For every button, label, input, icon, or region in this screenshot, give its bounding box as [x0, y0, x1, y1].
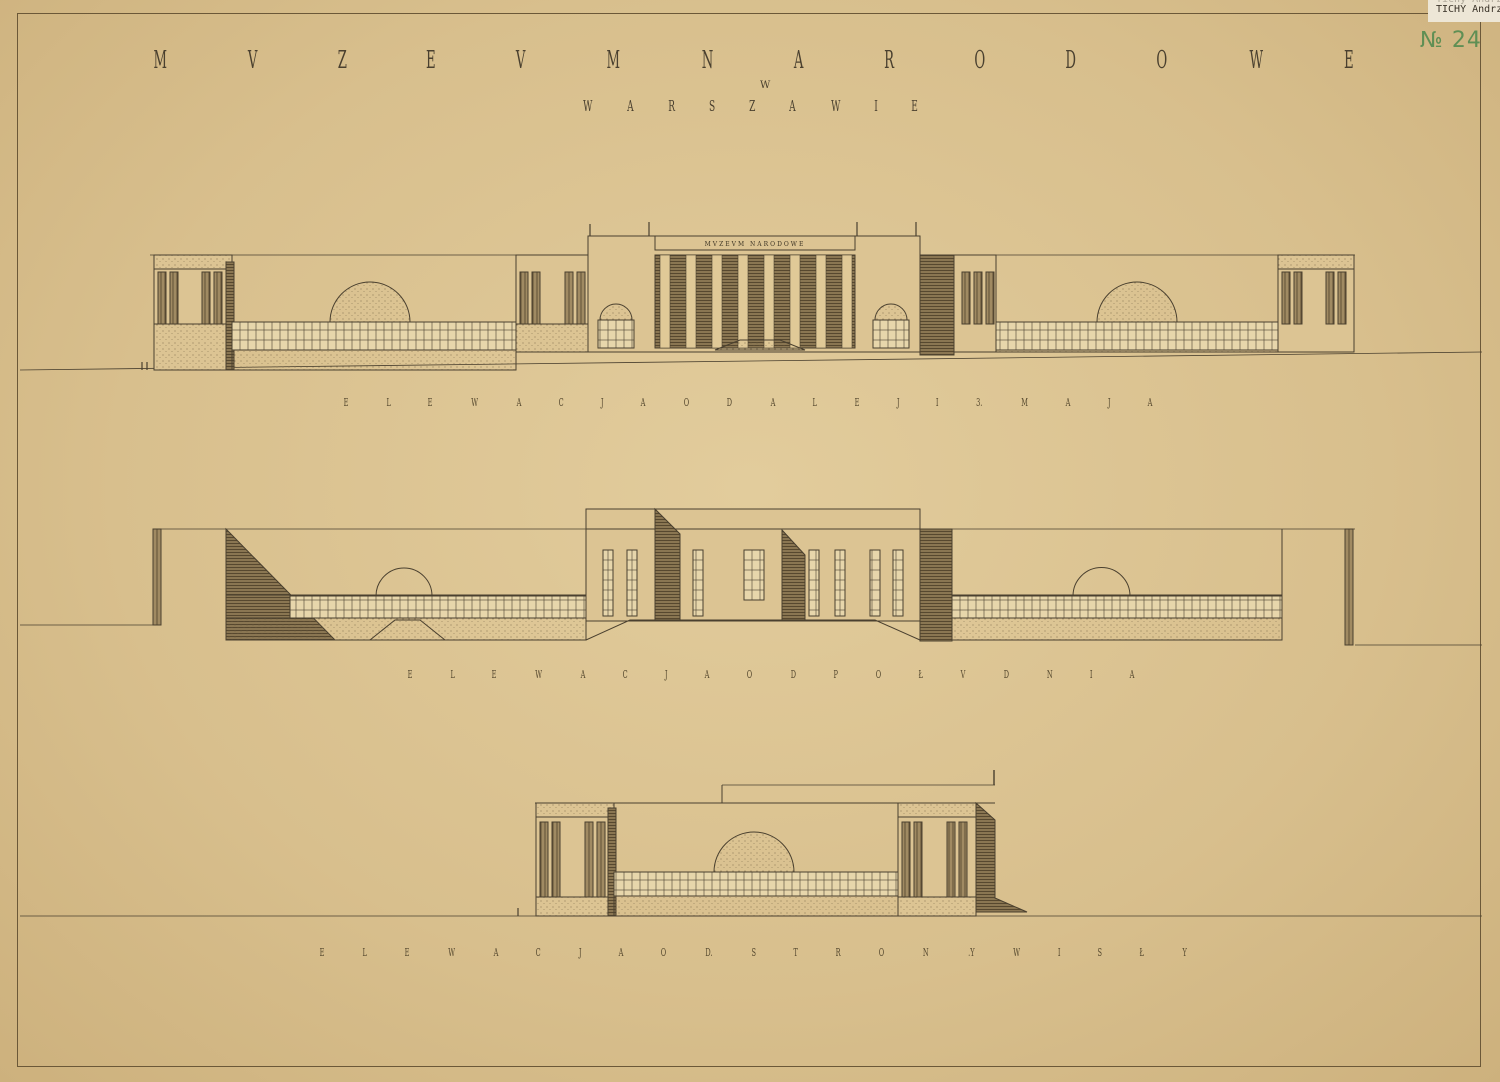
elevation-vistula [20, 770, 1482, 916]
svg-text:MVZEVM NARODOWE: MVZEVM NARODOWE [705, 241, 806, 248]
elevation-drawings: MVZEVM NARODOWE [0, 0, 1500, 1082]
elevation-front: MVZEVM NARODOWE [20, 222, 1482, 370]
elevation-south [20, 509, 1482, 645]
